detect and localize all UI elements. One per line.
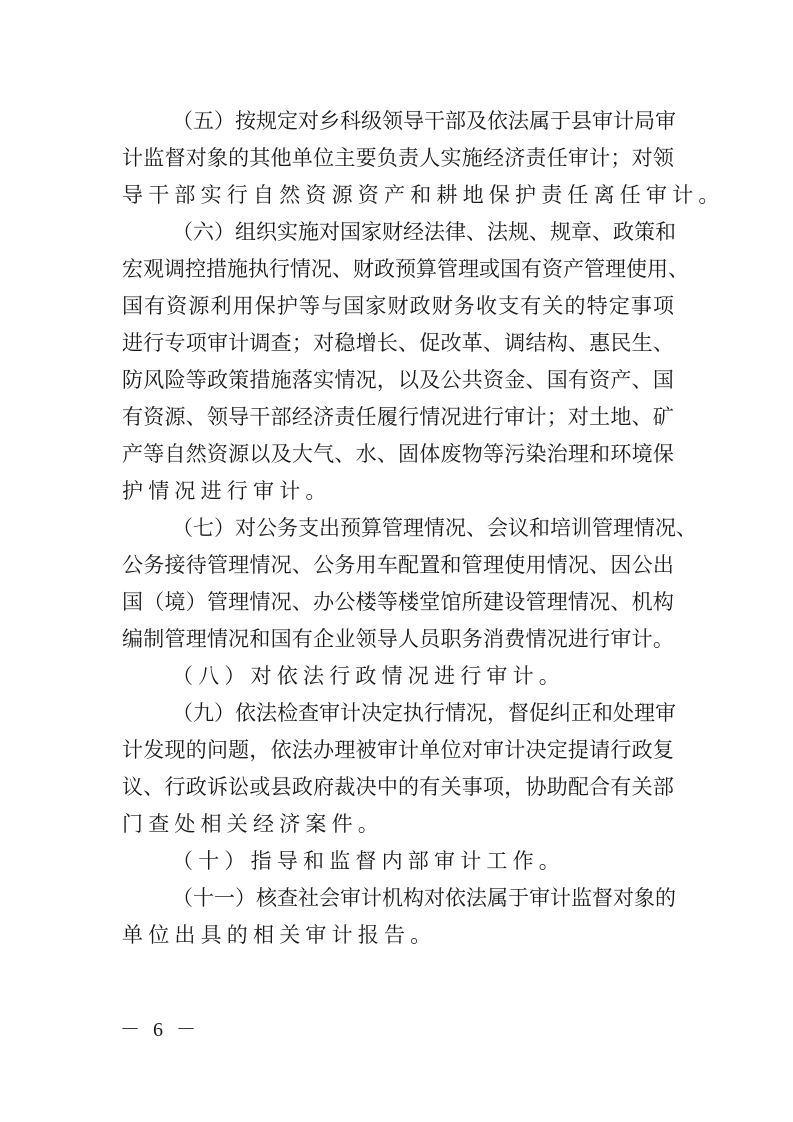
paragraph-6-line-2: 宏观调控措施执行情况、财政预算管理或国有资产管理使用、 xyxy=(122,251,674,288)
paragraph-11-line-2: 单位出具的相关审计报告。 xyxy=(122,917,674,954)
page-number: － 6 － xyxy=(120,1016,200,1044)
paragraph-9-line-1: （九）依法检查审计决定执行情况，督促纠正和处理审 xyxy=(122,695,674,732)
paragraph-9-line-2: 计发现的问题，依法办理被审计单位对审计决定提请行政复 xyxy=(122,732,674,769)
paragraph-9-line-4: 门查处相关经济案件。 xyxy=(122,806,674,843)
paragraph-6-line-4: 进行专项审计调查；对稳增长、促改革、调结构、惠民生、 xyxy=(122,325,674,362)
document-page: （五）按规定对乡科级领导干部及依法属于县审计局审 计监督对象的其他单位主要负责人… xyxy=(0,0,793,1122)
document-body: （五）按规定对乡科级领导干部及依法属于县审计局审 计监督对象的其他单位主要负责人… xyxy=(122,103,674,954)
paragraph-6-line-7: 产等自然资源以及大气、水、固体废物等污染治理和环境保 xyxy=(122,436,674,473)
paragraph-5-line-1: （五）按规定对乡科级领导干部及依法属于县审计局审 xyxy=(122,103,674,140)
paragraph-7-line-1: （七）对公务支出预算管理情况、会议和培训管理情况、 xyxy=(122,510,674,547)
paragraph-7-line-3: 国（境）管理情况、办公楼等楼堂馆所建设管理情况、机构 xyxy=(122,584,674,621)
paragraph-6-line-8: 护情况进行审计。 xyxy=(122,473,674,510)
paragraph-7-line-4: 编制管理情况和国有企业领导人员职务消费情况进行审计。 xyxy=(122,621,674,658)
paragraph-6-line-3: 国有资源利用保护等与国家财政财务收支有关的特定事项 xyxy=(122,288,674,325)
paragraph-8-line-1: （八）对依法行政情况进行审计。 xyxy=(122,658,674,695)
paragraph-11-line-1: （十一）核查社会审计机构对依法属于审计监督对象的 xyxy=(122,880,674,917)
paragraph-9-line-3: 议、行政诉讼或县政府裁决中的有关事项，协助配合有关部 xyxy=(122,769,674,806)
paragraph-6-line-1: （六）组织实施对国家财经法律、法规、规章、政策和 xyxy=(122,214,674,251)
paragraph-7-line-2: 公务接待管理情况、公务用车配置和管理使用情况、因公出 xyxy=(122,547,674,584)
paragraph-6-line-6: 有资源、领导干部经济责任履行情况进行审计；对土地、矿 xyxy=(122,399,674,436)
paragraph-10-line-1: （十）指导和监督内部审计工作。 xyxy=(122,843,674,880)
paragraph-5-line-2: 计监督对象的其他单位主要负责人实施经济责任审计；对领 xyxy=(122,140,674,177)
paragraph-6-line-5: 防风险等政策措施落实情况，以及公共资金、国有资产、国 xyxy=(122,362,674,399)
paragraph-5-line-3: 导干部实行自然资源资产和耕地保护责任离任审计。 xyxy=(122,177,674,214)
